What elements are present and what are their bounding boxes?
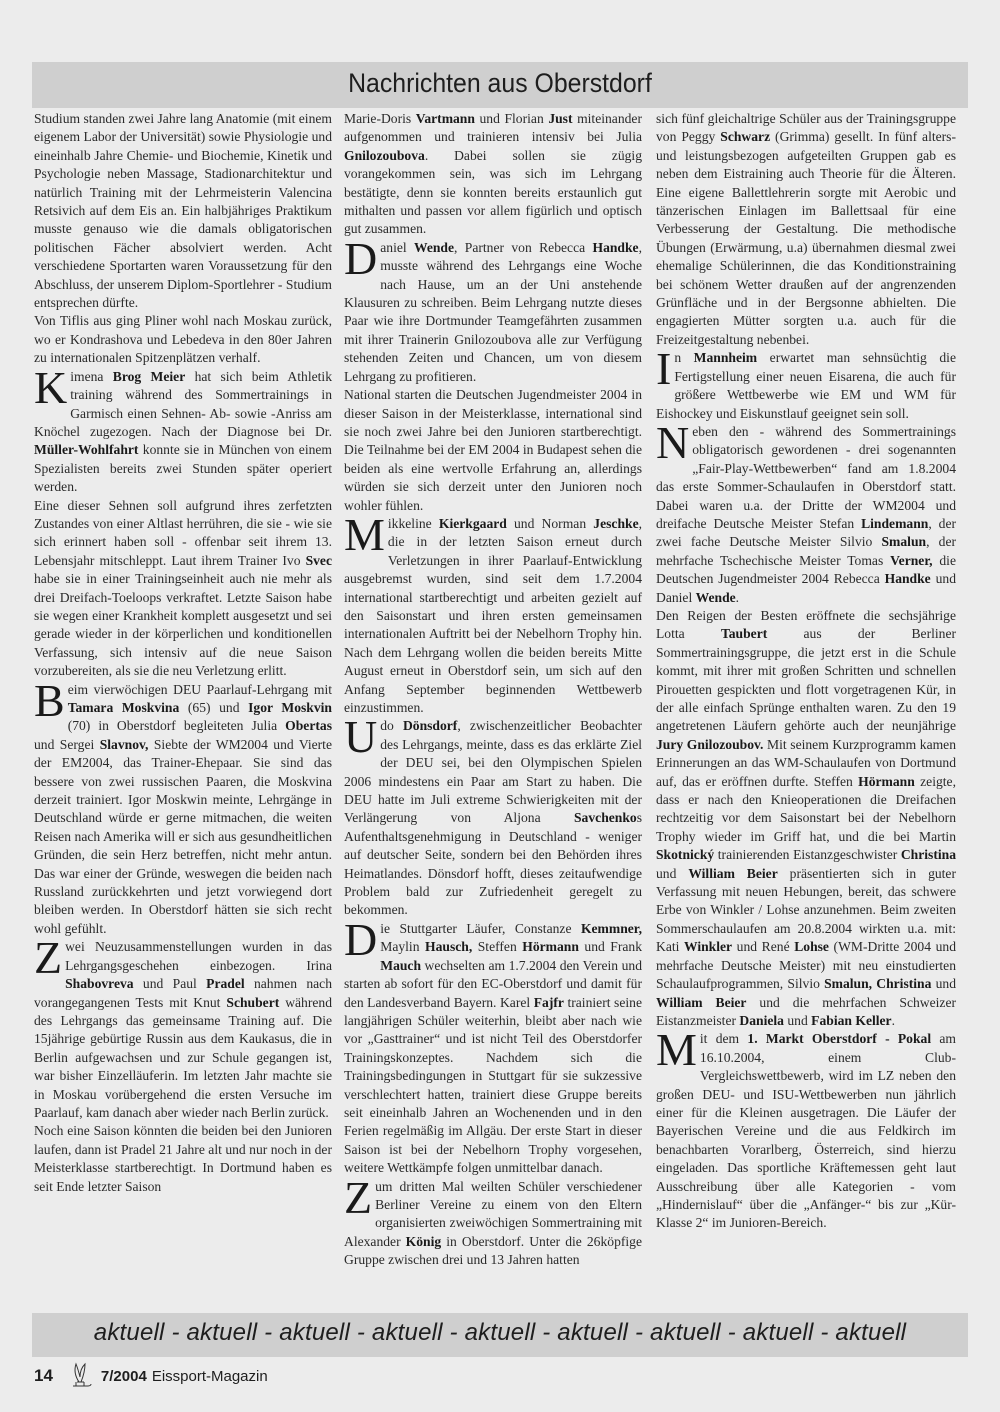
paragraph-text: s Aufenthaltsgenehmigung in Deutschland … [344, 810, 642, 917]
article-column-2: Marie-Doris Vartmann und Florian Just mi… [344, 110, 642, 1270]
drop-cap: D [344, 241, 377, 277]
bold-name: Obertas [285, 718, 332, 733]
bold-name: Christina [901, 847, 956, 862]
article-paragraph: Noch eine Saison könnten die beiden bei … [34, 1122, 332, 1196]
issue-number: 7/2004 [101, 1368, 147, 1385]
bold-name: Lohse [794, 939, 829, 954]
magazine-name: Eissport-Magazin [152, 1368, 268, 1385]
bold-name: Hörmann [858, 774, 915, 789]
bold-name: Taubert [721, 626, 767, 641]
drop-cap: U [344, 719, 377, 755]
bold-name: William Beier [656, 995, 746, 1010]
paragraph-text: Eine dieser Sehnen soll aufgrund ihres z… [34, 498, 332, 568]
paragraph-text: Steffen [472, 939, 522, 954]
bold-name: Kierkgaard [439, 516, 507, 531]
article-paragraph: Zum dritten Mal weilten Schüler verschie… [344, 1178, 642, 1270]
paragraph-text: aniel [380, 240, 414, 255]
bold-name: Smalun, Christina [824, 976, 931, 991]
paragraph-text: , die in der letzten Saison erneut durch… [344, 516, 642, 715]
drop-cap: D [344, 922, 377, 958]
article-paragraph: Kimena Brog Meier hat sich beim Athletik… [34, 368, 332, 497]
bold-name: Tamara Moskvina [68, 700, 180, 715]
paragraph-text: do [380, 718, 403, 733]
article-paragraph: Die Stuttgarter Läufer, Constanze Kemmne… [344, 920, 642, 1178]
paragraph-text: und Frank [579, 939, 642, 954]
bold-name: Vartmann [416, 111, 475, 126]
article-paragraph: sich fünf gleichaltrige Schüler aus der … [656, 110, 956, 349]
drop-cap: M [344, 517, 385, 553]
article-paragraph: Beim vierwöchigen DEU Paarlauf-Lehrgang … [34, 681, 332, 939]
footer-banner-text: aktuell - aktuell - aktuell - aktuell - … [32, 1319, 968, 1347]
bold-name: Dönsdorf [403, 718, 457, 733]
article-paragraph: Udo Dönsdorf, zwischenzeitlicher Beobach… [344, 717, 642, 919]
bold-name: Savchenko [574, 810, 637, 825]
paragraph-text: imena [70, 369, 113, 384]
paragraph-text: . [892, 1013, 895, 1028]
skate-feather-logo-icon [67, 1362, 93, 1390]
paragraph-text: (70) in Oberstdorf begleiteten Julia [68, 718, 285, 733]
bold-name: Winkler [684, 939, 732, 954]
bold-name: Schubert [226, 995, 279, 1010]
bold-name: Verner, [890, 553, 932, 568]
bold-name: Wende [696, 590, 736, 605]
bold-name: Pradel [206, 976, 245, 991]
paragraph-text: Studium standen zwei Jahre lang Anatomie… [34, 111, 332, 310]
paragraph-text: eben den - während des Sommertrainings o… [656, 424, 956, 531]
paragraph-text: (65) und [179, 700, 248, 715]
article-paragraph: Von Tiflis aus ging Pliner wohl nach Mos… [34, 312, 332, 367]
paragraph-text: . [736, 590, 739, 605]
paragraph-text: trainiert seine langjährigen Schüler wei… [344, 995, 642, 1176]
drop-cap: K [34, 370, 67, 406]
bold-name: Handke [593, 240, 639, 255]
article-paragraph: In Mannheim erwartet man sehnsüchtig die… [656, 349, 956, 423]
page-footer: 14 7/2004 Eissport-Magazin [34, 1362, 268, 1390]
bold-name: 1. Markt Oberstdorf - Pokal [747, 1031, 931, 1046]
paragraph-text: aus der Berliner Sommertrainingsgruppe, … [656, 626, 956, 733]
bold-name: Jeschke [593, 516, 638, 531]
bold-name: Svec [306, 553, 332, 568]
bold-name: Lindemann [861, 516, 928, 531]
page-number: 14 [34, 1366, 53, 1386]
bold-name: Jury Gnilozoubov. [656, 737, 763, 752]
paragraph-text: Marie-Doris [344, 111, 416, 126]
article-paragraph: Studium standen zwei Jahre lang Anatomie… [34, 110, 332, 312]
bold-name: Brog Meier [113, 369, 185, 384]
article-column-1: Studium standen zwei Jahre lang Anatomie… [34, 110, 332, 1196]
paragraph-text: Noch eine Saison könnten die beiden bei … [34, 1123, 332, 1193]
paragraph-text: ikkeline [388, 516, 439, 531]
bold-name: Gnilozoubova [344, 148, 425, 163]
paragraph-text: und [656, 866, 688, 881]
bold-name: Just [548, 111, 572, 126]
paragraph-text: am 16.10.2004, einem Club-Vergleichswett… [656, 1031, 956, 1230]
paragraph-text: ie Stuttgarter Läufer, Constanze [380, 921, 581, 936]
bold-name: Kemmner, [581, 921, 642, 936]
article-paragraph: Zwei Neuzusammenstellungen wurden in das… [34, 938, 332, 1122]
bold-name: Müller-Wohlfahrt [34, 442, 138, 457]
article-paragraph: Mit dem 1. Markt Oberstdorf - Pokal am 1… [656, 1030, 956, 1232]
drop-cap: B [34, 683, 65, 719]
drop-cap: Z [34, 940, 62, 976]
bold-name: Igor Moskvin [248, 700, 332, 715]
bold-name: Fabian Keller [811, 1013, 891, 1028]
bold-name: Hörmann [522, 939, 579, 954]
article-paragraph: National starten die Deutschen Jugendmei… [344, 386, 642, 515]
bold-name: Slavnov, [100, 737, 149, 752]
paragraph-text: und Florian [475, 111, 548, 126]
paragraph-text: trainierenden Eistanzgeschwister [714, 847, 901, 862]
bold-name: Smalun [882, 534, 927, 549]
bold-name: Skotnický [656, 847, 714, 862]
bold-name: Handke [885, 571, 931, 586]
paragraph-text: n [674, 350, 693, 365]
paragraph-text: Maylin [380, 939, 425, 954]
article-paragraph: Mikkeline Kierkgaard und Norman Jeschke,… [344, 515, 642, 717]
article-paragraph: Marie-Doris Vartmann und Florian Just mi… [344, 110, 642, 239]
paragraph-text: Von Tiflis aus ging Pliner wohl nach Mos… [34, 313, 332, 365]
paragraph-text: wei Neuzusammenstellungen wurden in das … [65, 939, 332, 972]
article-paragraph: Daniel Wende, Partner von Rebecca Handke… [344, 239, 642, 386]
footer-banner: aktuell - aktuell - aktuell - aktuell - … [32, 1313, 968, 1357]
drop-cap: I [656, 351, 671, 387]
bold-name: Wende [414, 240, 454, 255]
paragraph-text: , musste während des Lehrgangs eine Woch… [344, 240, 642, 384]
paragraph-text: habe sie in einer Trainingseinheit auch … [34, 571, 332, 678]
paragraph-text: und Paul [134, 976, 207, 991]
drop-cap: M [656, 1032, 697, 1068]
paragraph-text: während des Lehrgangs das gemeinsame Tra… [34, 995, 332, 1120]
article-column-3: sich fünf gleichaltrige Schüler aus der … [656, 110, 956, 1233]
paragraph-text: National starten die Deutschen Jugendmei… [344, 387, 642, 512]
drop-cap: Z [344, 1180, 372, 1216]
bold-name: William Beier [688, 866, 777, 881]
drop-cap: N [656, 425, 689, 461]
bold-name: Schwarz [720, 129, 770, 144]
article-paragraph: Eine dieser Sehnen soll aufgrund ihres z… [34, 497, 332, 681]
paragraph-text: Siebte der WM2004 und Vierte der EM2004,… [34, 737, 332, 936]
bold-name: Shabovreva [65, 976, 134, 991]
paragraph-text: , Partner von Rebecca [454, 240, 592, 255]
bold-name: Mauch [380, 958, 421, 973]
bold-name: Hausch, [425, 939, 472, 954]
paragraph-text: und Sergei [34, 737, 100, 752]
page-title: Nachrichten aus Oberstdorf [69, 68, 930, 99]
article-paragraph: Den Reigen der Besten eröffnete die sech… [656, 607, 956, 1030]
paragraph-text: und [931, 976, 956, 991]
paragraph-text: it dem [700, 1031, 748, 1046]
paragraph-text: (Grimma) gesellt. In fünf alters- und le… [656, 129, 956, 346]
bold-name: König [406, 1234, 442, 1249]
paragraph-text: eim vierwöchigen DEU Paarlauf-Lehrgang m… [68, 682, 332, 697]
header-band: Nachrichten aus Oberstdorf [32, 62, 968, 108]
bold-name: Mannheim [694, 350, 757, 365]
bold-name: Daniela [739, 1013, 784, 1028]
paragraph-text: und Norman [507, 516, 593, 531]
bold-name: Fajfr [534, 995, 564, 1010]
paragraph-text: und [784, 1013, 811, 1028]
article-paragraph: Neben den - während des Sommertrainings … [656, 423, 956, 607]
paragraph-text: und René [732, 939, 794, 954]
